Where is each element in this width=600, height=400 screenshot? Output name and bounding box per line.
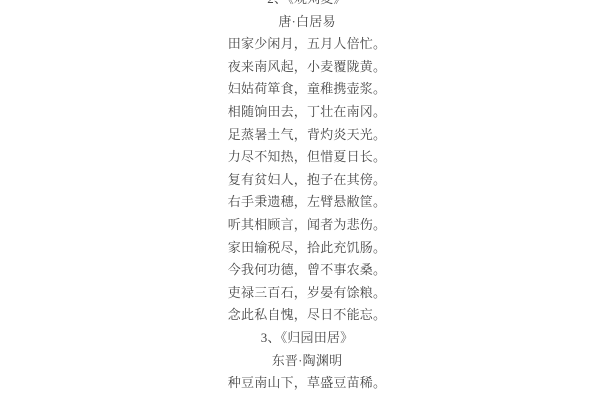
poem-1-verse-line: 右手秉遗穗，左臂悬敝筐。 xyxy=(14,191,600,214)
poem-1-verse-line: 力尽不知热，但惜夏日长。 xyxy=(14,146,600,169)
poem-1-verse-line: 夜来南风起，小麦覆陇黄。 xyxy=(14,56,600,79)
poem-1-verse-line: 听其相顾言，闻者为悲伤。 xyxy=(14,214,600,237)
poem-1-verse-line: 吏禄三百石，岁晏有馀粮。 xyxy=(14,282,600,305)
poem-1-verse-line: 复有贫妇人，抱子在其傍。 xyxy=(14,169,600,192)
poem-1-verse-line: 妇姑荷箪食，童稚携壶浆。 xyxy=(14,78,600,101)
poem-1-verse-line: 今我何功德，曾不事农桑。 xyxy=(14,259,600,282)
poem-1-verse-line: 田家少闲月，五月人倍忙。 xyxy=(14,33,600,56)
poem-1-verse-line: 相随饷田去，丁壮在南冈。 xyxy=(14,101,600,124)
poem-1-verse-line: 家田输税尽，拾此充饥肠。 xyxy=(14,237,600,260)
poem-2-verse-line: 种豆南山下，草盛豆苗稀。 xyxy=(14,372,600,395)
poem-text-column: 2、《观刈麦》 唐·白居易 田家少闲月，五月人倍忙。 夜来南风起，小麦覆陇黄。 … xyxy=(0,0,600,395)
poem-1-heading: 2、《观刈麦》 xyxy=(14,0,600,11)
document-page: 2、《观刈麦》 唐·白居易 田家少闲月，五月人倍忙。 夜来南风起，小麦覆陇黄。 … xyxy=(0,0,600,400)
poem-1-verse-line: 足蒸暑土气，背灼炎天光。 xyxy=(14,124,600,147)
poem-1-verse-line: 念此私自愧，尽日不能忘。 xyxy=(14,304,600,327)
poem-2-author: 东晋·陶渊明 xyxy=(14,350,600,373)
poem-2-heading: 3、《归园田居》 xyxy=(14,327,600,350)
poem-1-author: 唐·白居易 xyxy=(14,11,600,34)
